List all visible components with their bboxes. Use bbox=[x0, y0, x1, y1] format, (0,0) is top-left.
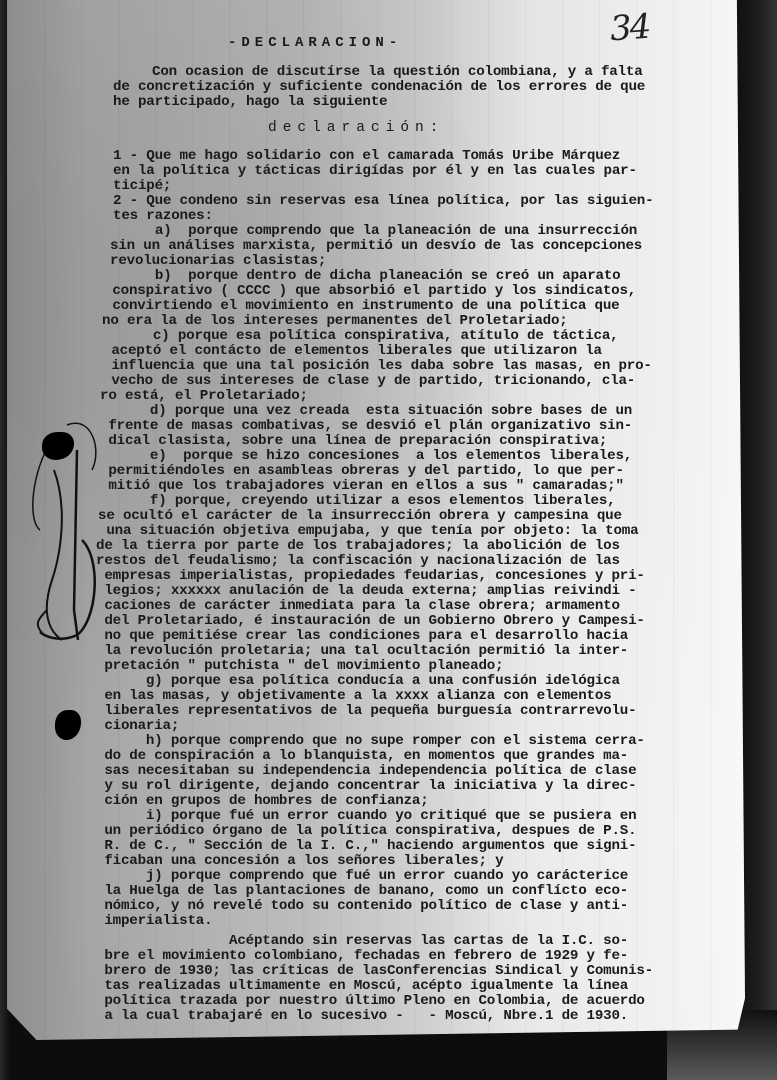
reason-line: influencia que una tal posición les daba… bbox=[103, 359, 652, 374]
reason-line: pretación " putchista " del movimiento p… bbox=[96, 659, 503, 674]
reason-line: do de conspiración a lo blanquista, en m… bbox=[96, 749, 628, 764]
reason-line: y su rol dirigente, dejando concentrar l… bbox=[96, 779, 636, 794]
reason-line: la revolución proletaria; una tal oculta… bbox=[96, 644, 628, 659]
point-line-1: 1 - Que me hago solidario con el camarad… bbox=[113, 149, 620, 164]
reason-line: revolucionarias clasistas; bbox=[110, 254, 326, 269]
reason-line: mitió que los trabajadores vieran en ell… bbox=[100, 479, 624, 494]
closing-line: tas realizadas ultimamente en Moscú, acé… bbox=[96, 979, 628, 994]
reason-line: i) porque fué un error cuando yo critiqu… bbox=[96, 809, 636, 824]
intro-line-2: de concretización y suficiente condenaci… bbox=[113, 80, 645, 95]
handwritten-page-number: 34 bbox=[609, 7, 651, 50]
reason-line: b) porque dentro de dicha planeación se … bbox=[105, 269, 620, 284]
reason-line: d) porque una vez creada esta situación … bbox=[100, 404, 632, 419]
intro-line-3: he participado, hago la siguiente bbox=[113, 95, 387, 110]
document-subtitle: declaración: bbox=[268, 121, 444, 136]
closing-line: brero de 1930; las críticas de lasConfer… bbox=[96, 964, 653, 979]
point-line-4: 2 - Que condeno sin reservas esa línea p… bbox=[113, 194, 653, 209]
reason-line: legios; xxxxxx anulación de la deuda ext… bbox=[96, 584, 636, 599]
closing-line: Acéptando sin reservas las cartas de la … bbox=[96, 934, 628, 949]
reason-line: no era la de los intereses permanentes d… bbox=[102, 314, 568, 329]
reason-line: R. de C., " Sección de la I. C.," hacien… bbox=[96, 839, 636, 854]
reason-line: h) porque comprendo que no supe romper c… bbox=[96, 734, 645, 749]
reason-line: una situación objetiva empujaba, y que t… bbox=[98, 524, 638, 539]
reason-line: de la tierra por parte de los trabajador… bbox=[96, 539, 620, 554]
reason-line: ro está, el Proletariado; bbox=[100, 389, 308, 404]
reason-line: j) porque comprendo que fué un error cua… bbox=[96, 869, 628, 884]
reason-line: se ocultó el carácter de la insurrección… bbox=[98, 509, 622, 524]
reason-line: e) porque se hizo concesiones a los elem… bbox=[100, 449, 632, 464]
reason-line: nómico, y nó revelé todo su contenido po… bbox=[96, 899, 628, 914]
document-title: -DECLARACION- bbox=[228, 36, 402, 51]
reason-line: g) porque esa política conducía a una co… bbox=[96, 674, 620, 689]
reason-line: liberales representativos de la pequeña … bbox=[96, 704, 636, 719]
reason-line: la Huelga de las plantaciones de banano,… bbox=[96, 884, 628, 899]
reason-line: ficaban una concesión a los señores libe… bbox=[96, 854, 503, 869]
reason-line: cionaria; bbox=[96, 719, 179, 734]
reason-line: a) porque comprendo que la planeación de… bbox=[105, 224, 637, 239]
reason-line: f) porque, creyendo utilizar a esos elem… bbox=[100, 494, 615, 509]
reason-line: permitiéndoles en asambleas obreras y de… bbox=[100, 464, 624, 479]
reason-line: sin un análises marxista, permitió un de… bbox=[110, 239, 642, 254]
intro-line-1: Con ocasion de discutírse la questión co… bbox=[152, 65, 643, 80]
reason-line: sas necesitaban su independencia indepen… bbox=[96, 764, 636, 779]
reason-line: no que pemitiése crear las condiciones p… bbox=[96, 629, 628, 644]
point-line-2: en la política y tácticas dirigídas por … bbox=[113, 164, 637, 179]
reason-line: frente de masas combativas, se desvió el… bbox=[100, 419, 632, 434]
point-line-3: ticipé; bbox=[113, 179, 171, 194]
reason-line: conspirativo ( CCCC ) que absorbió el pa… bbox=[104, 284, 636, 299]
reason-line: c) porque esa política conspirativa, atí… bbox=[103, 329, 618, 344]
reason-line: del Proletariado, é instauración de un G… bbox=[96, 614, 645, 629]
reason-line: un periódico órgano de la política consp… bbox=[96, 824, 636, 839]
reason-line: restos del feudalismo; la confiscación y… bbox=[96, 554, 620, 569]
reason-line: imperialista. bbox=[96, 914, 212, 929]
point-line-5: tes razones: bbox=[113, 209, 213, 224]
reason-line: dical clasista, sobre una línea de prepa… bbox=[100, 434, 607, 449]
reason-line: caciones de carácter inmediata para la c… bbox=[96, 599, 620, 614]
closing-line: bre el movimiento colombiano, fechadas e… bbox=[96, 949, 628, 964]
closing-line: política trazada por nuestro último Plen… bbox=[96, 994, 645, 1009]
reason-line: empresas imperialistas, propiedades feud… bbox=[96, 569, 645, 584]
reason-line: aceptó el contácto de elementos liberale… bbox=[103, 344, 602, 359]
reason-line: ción en grupos de hombres de confianza; bbox=[96, 794, 429, 809]
reason-line: vecho de sus intereses de clase y de par… bbox=[103, 374, 635, 389]
reason-line: en las masas, y objetivamente a la xxxx … bbox=[96, 689, 611, 704]
reason-line: convirtiendo el movimiento en instrument… bbox=[104, 299, 619, 314]
handwritten-signature bbox=[22, 410, 102, 710]
closing-line: a la cual trabajaré en lo sucesivo - - M… bbox=[96, 1009, 628, 1024]
